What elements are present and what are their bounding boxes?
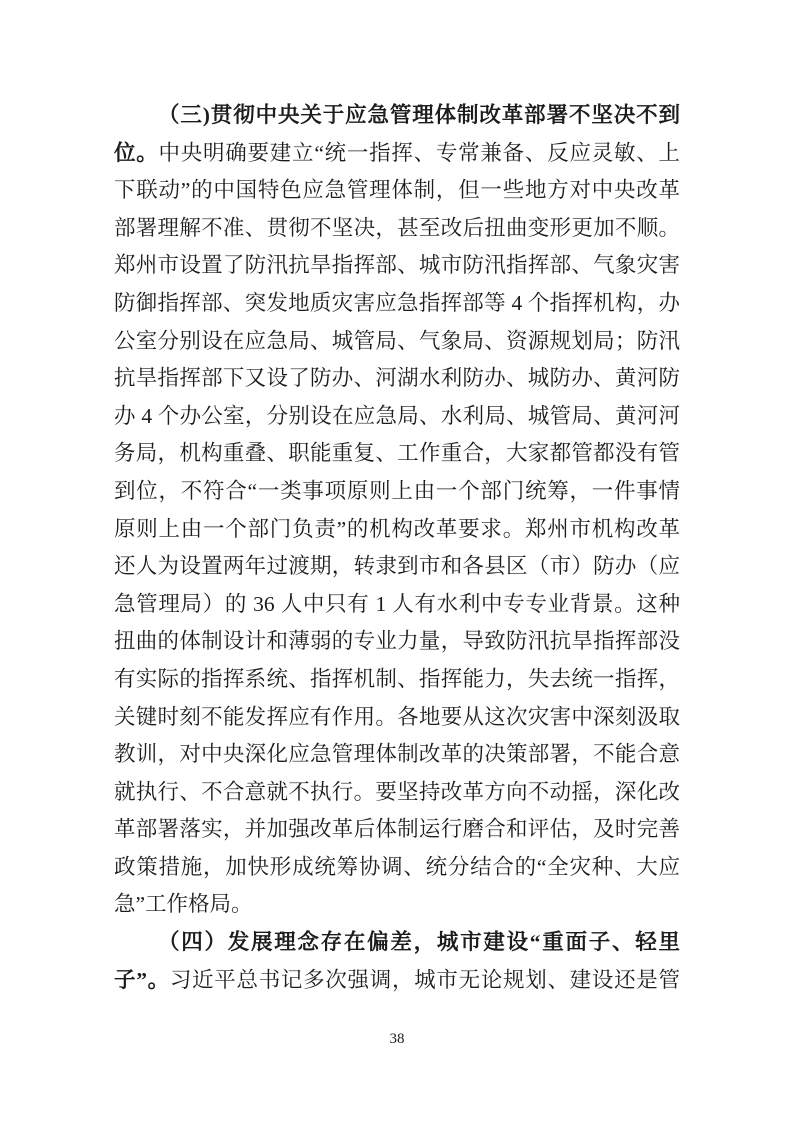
body-segment: 部署理解不准、贯彻不坚决，甚至改后扭曲变形更加不顺。 bbox=[114, 216, 680, 240]
body-segment: 务局，机构重叠、职能重复、工作重合，大家都管都没有管 bbox=[114, 441, 680, 465]
text-line: 急”工作格局。 bbox=[114, 886, 680, 924]
text-line: 关键时刻不能发挥应有作用。各地要从这次灾害中深刻汲取 bbox=[114, 699, 680, 737]
text-line: 原则上由一个部门负责”的机构改革要求。郑州市机构改革 bbox=[114, 511, 680, 549]
text-line: 办 4 个办公室，分别设在应急局、水利局、城管局、黄河河 bbox=[114, 398, 680, 436]
text-line: 革部署落实，并加强改革后体制运行磨合和评估，及时完善 bbox=[114, 811, 680, 849]
text-line: （三)贯彻中央关于应急管理体制改革部署不坚决不到 bbox=[114, 97, 680, 135]
body-segment: 抗旱指挥部下又设了防办、河湖水利防办、城防办、黄河防 bbox=[114, 366, 680, 390]
text-line: 政策措施，加快形成统筹协调、统分结合的“全灾种、大应 bbox=[114, 849, 680, 887]
text-line: 郑州市设置了防汛抗旱指挥部、城市防汛指挥部、气象灾害 bbox=[114, 247, 680, 285]
text-line: 就执行、不合意就不执行。要坚持改革方向不动摇，深化改 bbox=[114, 774, 680, 812]
text-line: 还人为设置两年过渡期，转隶到市和各县区（市）防办（应 bbox=[114, 548, 680, 586]
body-segment: 革部署落实，并加强改革后体制运行磨合和评估，及时完善 bbox=[114, 817, 680, 841]
body-segment: 公室分别设在应急局、城管局、气象局、资源规划局；防汛 bbox=[114, 329, 680, 353]
body-segment: 防御指挥部、突发地质灾害应急指挥部等 4 个指挥机构，办 bbox=[114, 291, 680, 315]
body-segment: 急管理局）的 36 人中只有 1 人有水利中专专业背景。这种 bbox=[114, 592, 680, 616]
body-segment: 习近平总书记多次强调，城市无论规划、建设还是管 bbox=[170, 968, 680, 992]
body-segment: 急”工作格局。 bbox=[114, 892, 253, 916]
text-line: 部署理解不准、贯彻不坚决，甚至改后扭曲变形更加不顺。 bbox=[114, 210, 680, 248]
text-line: 教训，对中央深化应急管理体制改革的决策部署，不能合意 bbox=[114, 736, 680, 774]
body-segment: 扭曲的体制设计和薄弱的专业力量，导致防汛抗旱指挥部没 bbox=[114, 629, 680, 653]
text-line: 公室分别设在应急局、城管局、气象局、资源规划局；防汛 bbox=[114, 323, 680, 361]
text-line: （四）发展理念存在偏差，城市建设“重面子、轻里 bbox=[114, 924, 680, 962]
body-segment: 还人为设置两年过渡期，转隶到市和各县区（市）防办（应 bbox=[114, 554, 680, 578]
text-line: 有实际的指挥系统、指挥机制、指挥能力，失去统一指挥， bbox=[114, 661, 680, 699]
heading-segment: 子”。 bbox=[114, 968, 170, 992]
text-line: 抗旱指挥部下又设了防办、河湖水利防办、城防办、黄河防 bbox=[114, 360, 680, 398]
text-line: 到位，不符合“一类事项原则上由一个部门统筹，一件事情 bbox=[114, 473, 680, 511]
body-segment: 中央明确要建立“统一指挥、专常兼备、反应灵敏、上 bbox=[159, 141, 680, 165]
text-line: 务局，机构重叠、职能重复、工作重合，大家都管都没有管 bbox=[114, 435, 680, 473]
body-segment: 郑州市设置了防汛抗旱指挥部、城市防汛指挥部、气象灾害 bbox=[114, 253, 680, 277]
body-segment: 就执行、不合意就不执行。要坚持改革方向不动摇，深化改 bbox=[114, 780, 680, 804]
text-line: 防御指挥部、突发地质灾害应急指挥部等 4 个指挥机构，办 bbox=[114, 285, 680, 323]
text-line: 子”。习近平总书记多次强调，城市无论规划、建设还是管 bbox=[114, 962, 680, 1000]
text-line: 下联动”的中国特色应急管理体制，但一些地方对中央改革 bbox=[114, 172, 680, 210]
page-number: 38 bbox=[0, 1031, 794, 1048]
body-text: （三)贯彻中央关于应急管理体制改革部署不坚决不到位。中央明确要建立“统一指挥、专… bbox=[114, 97, 680, 999]
text-line: 急管理局）的 36 人中只有 1 人有水利中专专业背景。这种 bbox=[114, 586, 680, 624]
heading-segment: 位。 bbox=[114, 141, 159, 165]
body-segment: 教训，对中央深化应急管理体制改革的决策部署，不能合意 bbox=[114, 742, 680, 766]
body-segment: 政策措施，加快形成统筹协调、统分结合的“全灾种、大应 bbox=[114, 855, 680, 879]
body-segment: 有实际的指挥系统、指挥机制、指挥能力，失去统一指挥， bbox=[114, 667, 680, 691]
body-segment: 关键时刻不能发挥应有作用。各地要从这次灾害中深刻汲取 bbox=[114, 705, 680, 729]
document-page: （三)贯彻中央关于应急管理体制改革部署不坚决不到位。中央明确要建立“统一指挥、专… bbox=[0, 0, 794, 1123]
body-segment: 原则上由一个部门负责”的机构改革要求。郑州市机构改革 bbox=[114, 517, 680, 541]
body-segment: 到位，不符合“一类事项原则上由一个部门统筹，一件事情 bbox=[114, 479, 680, 503]
heading-segment: （四）发展理念存在偏差，城市建设“重面子、轻里 bbox=[158, 930, 680, 954]
body-segment: 办 4 个办公室，分别设在应急局、水利局、城管局、黄河河 bbox=[114, 404, 680, 428]
text-line: 扭曲的体制设计和薄弱的专业力量，导致防汛抗旱指挥部没 bbox=[114, 623, 680, 661]
body-segment: 下联动”的中国特色应急管理体制，但一些地方对中央改革 bbox=[114, 178, 680, 202]
heading-segment: （三)贯彻中央关于应急管理体制改革部署不坚决不到 bbox=[158, 103, 680, 127]
text-line: 位。中央明确要建立“统一指挥、专常兼备、反应灵敏、上 bbox=[114, 135, 680, 173]
